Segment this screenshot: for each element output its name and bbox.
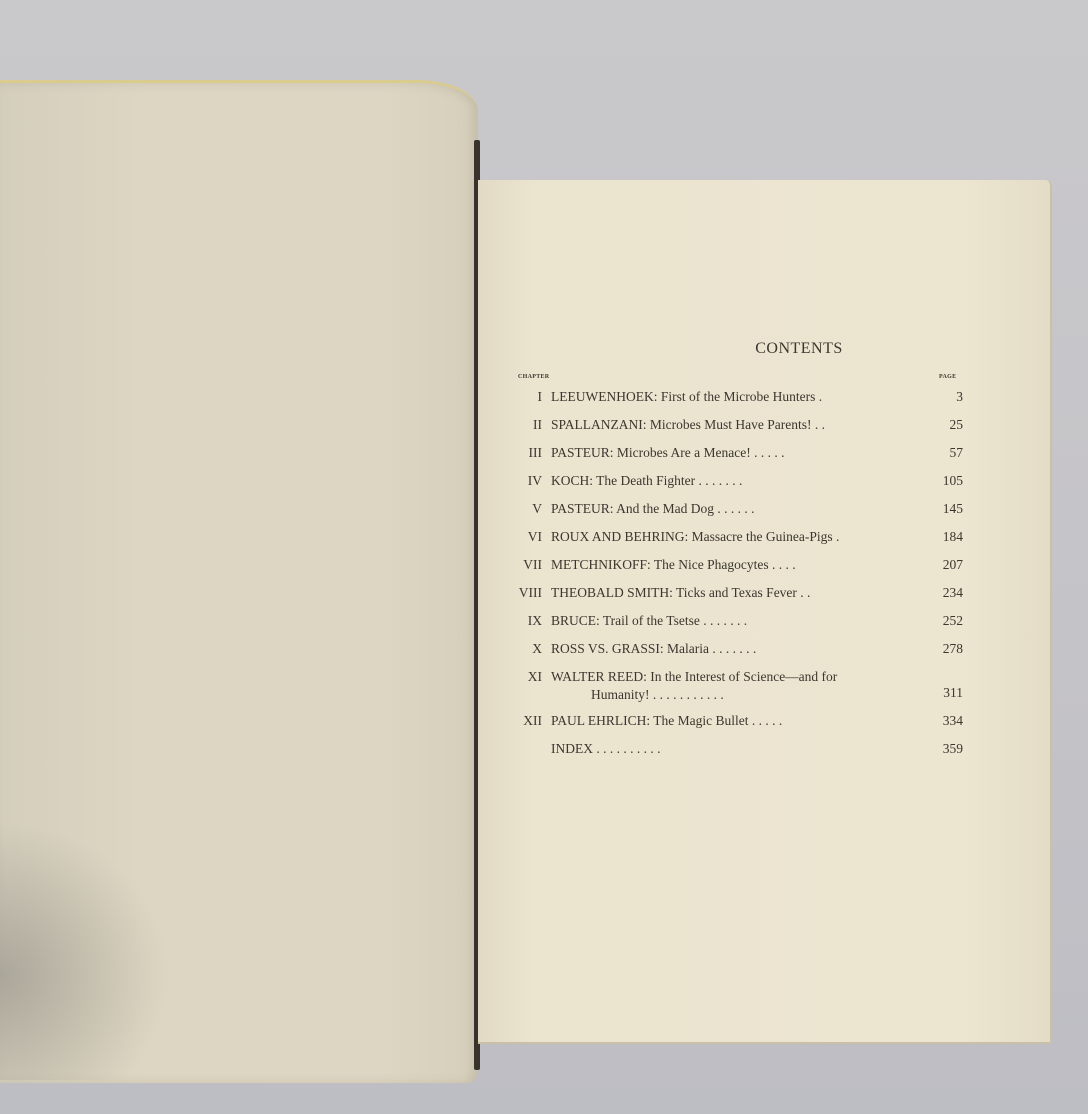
page-number: 25	[929, 411, 963, 439]
page-number: 3	[929, 383, 963, 411]
chapter-title: SPALLANZANI: Microbes Must Have Parents!…	[551, 411, 931, 439]
contents-entry: VII METCHNIKOFF: The Nice Phagocytes . .…	[518, 551, 963, 579]
page-number: 252	[929, 607, 963, 635]
contents-entry: XI WALTER REED: In the Interest of Scien…	[518, 663, 963, 707]
contents-entry: I LEEUWENHOEK: First of the Microbe Hunt…	[518, 383, 963, 411]
chapter-title: THEOBALD SMITH: Ticks and Texas Fever . …	[551, 579, 931, 607]
page-number: 334	[929, 707, 963, 735]
chapter-number: VIII	[518, 579, 542, 607]
page-number: 234	[929, 579, 963, 607]
chapter-title: PASTEUR: And the Mad Dog . . . . . .	[551, 495, 931, 523]
chapter-number: VII	[518, 551, 542, 579]
page-column-label: PAGE	[939, 374, 956, 380]
chapter-title: LEEUWENHOEK: First of the Microbe Hunter…	[551, 383, 931, 411]
contents-entry: III PASTEUR: Microbes Are a Menace! . . …	[518, 439, 963, 467]
contents-entry: X ROSS VS. GRASSI: Malaria . . . . . . .…	[518, 635, 963, 663]
chapter-title-line1: WALTER REED: In the Interest of Science—…	[551, 669, 837, 684]
chapter-number: IV	[518, 467, 542, 495]
chapter-title: BRUCE: Trail of the Tsetse . . . . . . .	[551, 607, 931, 635]
contents-entry: II SPALLANZANI: Microbes Must Have Paren…	[518, 411, 963, 439]
chapter-number: XI	[518, 663, 542, 691]
chapter-number: I	[518, 383, 542, 411]
chapter-title-line2: Humanity! . . . . . . . . . . .	[551, 687, 724, 702]
chapter-column-label: CHAPTER	[518, 374, 549, 380]
page-number: 145	[929, 495, 963, 523]
page-number: 105	[929, 467, 963, 495]
chapter-title: ROSS VS. GRASSI: Malaria . . . . . . .	[551, 635, 931, 663]
chapter-title: PAUL EHRLICH: The Magic Bullet . . . . .	[551, 707, 931, 735]
page-number: 207	[929, 551, 963, 579]
contents-entry: VIII THEOBALD SMITH: Ticks and Texas Fev…	[518, 579, 963, 607]
chapter-number: III	[518, 439, 542, 467]
page-number: 278	[929, 635, 963, 663]
page-number: 57	[929, 439, 963, 467]
chapter-title: KOCH: The Death Fighter . . . . . . .	[551, 467, 931, 495]
table-surface: CONTENTS CHAPTER PAGE I LEEUWENHOEK: Fir…	[0, 0, 1088, 1114]
chapter-title: WALTER REED: In the Interest of Science—…	[551, 668, 951, 704]
contents-entry: IV KOCH: The Death Fighter . . . . . . .…	[518, 467, 963, 495]
index-title: INDEX . . . . . . . . . .	[551, 735, 931, 763]
page-number: 311	[929, 679, 963, 707]
contents-entry: IX BRUCE: Trail of the Tsetse . . . . . …	[518, 607, 963, 635]
chapter-number: XII	[518, 707, 542, 735]
chapter-number: II	[518, 411, 542, 439]
contents-entry-index: INDEX . . . . . . . . . . 359	[518, 735, 963, 763]
page-number: 359	[929, 735, 963, 763]
right-page-contents: CONTENTS CHAPTER PAGE I LEEUWENHOEK: Fir…	[478, 180, 1052, 1044]
chapter-title: METCHNIKOFF: The Nice Phagocytes . . . .	[551, 551, 931, 579]
contents-entry: XII PAUL EHRLICH: The Magic Bullet . . .…	[518, 707, 963, 735]
contents-title: CONTENTS	[513, 340, 1085, 358]
chapter-title: PASTEUR: Microbes Are a Menace! . . . . …	[551, 439, 931, 467]
chapter-number: X	[518, 635, 542, 663]
contents-entry: VI ROUX AND BEHRING: Massacre the Guinea…	[518, 523, 963, 551]
chapter-number: VI	[518, 523, 542, 551]
table-of-contents: CONTENTS CHAPTER PAGE I LEEUWENHOEK: Fir…	[478, 180, 1050, 1042]
page-number: 184	[929, 523, 963, 551]
chapter-title: ROUX AND BEHRING: Massacre the Guinea-Pi…	[551, 523, 931, 551]
hand-shadow	[0, 820, 170, 1080]
contents-list: I LEEUWENHOEK: First of the Microbe Hunt…	[518, 383, 963, 763]
contents-entry: V PASTEUR: And the Mad Dog . . . . . . 1…	[518, 495, 963, 523]
chapter-number: V	[518, 495, 542, 523]
chapter-number: IX	[518, 607, 542, 635]
